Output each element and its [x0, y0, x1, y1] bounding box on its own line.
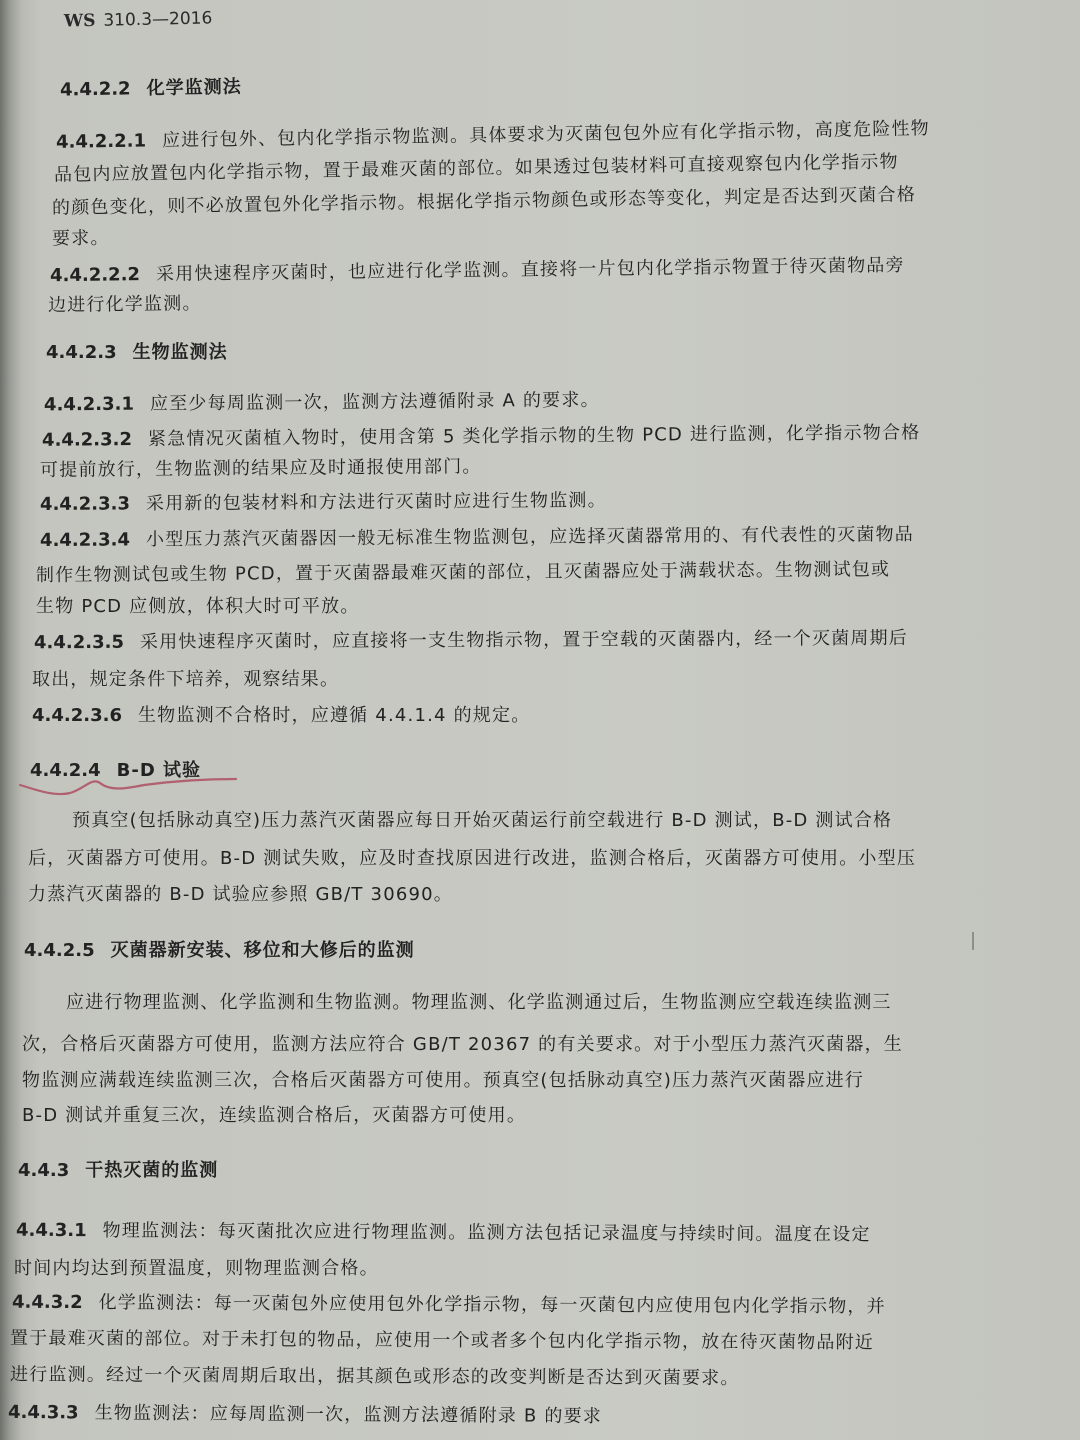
paragraph-4-4-2-3-3: 4.4.2.3.3采用新的包装材料和方法进行灭菌时应进行生物监测。	[40, 490, 607, 516]
paragraph-4-4-2-3-6: 4.4.2.3.6生物监测不合格时，应遵循 4.4.1.4 的规定。	[32, 705, 530, 727]
paragraph-4-4-2-3-2-line2: 可提前放行，生物监测的结果应及时通报使用部门。	[40, 456, 482, 482]
paragraph-4-4-2-5-line3: 物监测应满载连续监测三次，合格后灭菌器方可使用。预真空(包括脉动真空)压力蒸汽灭…	[22, 1070, 864, 1092]
paragraph-4-4-2-3-2-line1: 4.4.2.3.2紧急情况灭菌植入物时，使用含第 5 类化学指示物的生物 PCD…	[42, 422, 921, 452]
paragraph-4-4-2-2-2-line2: 边进行化学监测。	[48, 293, 202, 317]
paragraph-4-4-3-2-line1: 4.4.3.2化学监测法：每一灭菌包外应使用包外化学指示物，每一灭菌包内应使用包…	[12, 1292, 886, 1319]
section-heading-4-4-3: 4.4.3干热灭菌的监测	[18, 1160, 218, 1182]
paragraph-4-4-3-2-line3: 进行监测。经过一个灭菌周期后取出，据其颜色或形态的改变判断是否达到灭菌要求。	[10, 1364, 740, 1390]
paragraph-4-4-2-5-line1: 应进行物理监测、化学监测和生物监测。物理监测、化学监测通过后，生物监测应空载连续…	[66, 992, 892, 1014]
page-mark	[972, 932, 974, 950]
paragraph-4-4-2-2-1-line4: 要求。	[52, 228, 110, 251]
standard-prefix: WS	[64, 11, 96, 32]
standard-number: 310.3—2016	[103, 8, 212, 30]
paragraph-4-4-2-5-line4: B-D 测试并重复三次，连续监测合格后，灭菌器方可使用。	[22, 1105, 526, 1127]
paragraph-4-4-3-2-line2: 置于最难灭菌的部位。对于未打包的物品，应使用一个或者多个包内化学指示物，放在待灭…	[10, 1328, 874, 1355]
paragraph-4-4-3-3-line1: 4.4.3.3生物监测法：应每周监测一次，监测方法遵循附录 B 的要求	[8, 1402, 602, 1428]
section-heading-4-4-2-2: 4.4.2.2化学监测法	[60, 76, 242, 101]
paragraph-4-4-2-3-4-line3: 生物 PCD 应侧放，体积大时可平放。	[36, 596, 360, 618]
paragraph-4-4-2-3-5-line1: 4.4.2.3.5采用快速程序灭菌时，应直接将一支生物指示物，置于空载的灭菌器内…	[34, 628, 908, 655]
paragraph-4-4-2-2-2-line1: 4.4.2.2.2采用快速程序灭菌时，也应进行化学监测。直接将一片包内化学指示物…	[50, 255, 905, 287]
paragraph-4-4-2-2-1-line2: 品包内应放置包内化学指示物，置于最难灭菌的部位。如果透过包装材料可直接观察包内化…	[54, 151, 899, 186]
standard-code-header: WS310.3—2016	[64, 8, 213, 31]
paragraph-4-4-2-4-line2: 后，灭菌器方可使用。B-D 测试失败，应及时查找原因进行改进，监测合格后，灭菌器…	[28, 848, 916, 870]
paragraph-4-4-2-2-1-line1: 4.4.2.2.1应进行包外、包内化学指示物监测。具体要求为灭菌包包外应有化学指…	[56, 118, 930, 154]
paragraph-4-4-2-4-line3: 力蒸汽灭菌器的 B-D 试验应参照 GB/T 30690。	[28, 884, 453, 906]
paragraph-4-4-2-3-4-line2: 制作生物测试包或生物 PCD，置于灭菌器最难灭菌的部位，且灭菌器应处于满载状态。…	[36, 559, 890, 587]
paragraph-4-4-2-3-5-line2: 取出，规定条件下培养，观察结果。	[32, 669, 339, 691]
paragraph-4-4-2-3-4-line1: 4.4.2.3.4小型压力蒸汽灭菌器因一般无标准生物监测包，应选择灭菌器常用的、…	[40, 524, 914, 552]
paragraph-4-4-2-3-1: 4.4.2.3.1应至少每周监测一次，监测方法遵循附录 A 的要求。	[44, 390, 600, 417]
paragraph-4-4-3-1-line1: 4.4.3.1物理监测法：每灭菌批次应进行物理监测。监测方法包括记录温度与持续时…	[16, 1220, 871, 1246]
paragraph-4-4-3-1-line2: 时间内均达到预置温度，则物理监测合格。	[14, 1258, 379, 1280]
paragraph-4-4-2-4-line1: 预真空(包括脉动真空)压力蒸汽灭菌器应每日开始灭菌运行前空载进行 B-D 测试，…	[72, 810, 892, 832]
section-heading-4-4-2-5: 4.4.2.5灭菌器新安装、移位和大修后的监测	[24, 940, 415, 962]
paragraph-4-4-2-5-line2: 次，合格后灭菌器方可使用，监测方法应符合 GB/T 20367 的有关要求。对于…	[22, 1034, 903, 1056]
paragraph-4-4-2-2-1-line3: 的颜色变化，则不必放置包外化学指示物。根据化学指示物颜色或形态等变化，判定是否达…	[52, 184, 916, 220]
section-heading-4-4-2-3: 4.4.2.3生物监测法	[46, 342, 228, 364]
handwritten-wavy-underline	[14, 775, 244, 803]
document-page: WS310.3—2016 4.4.2.2化学监测法 4.4.2.2.1应进行包外…	[0, 0, 1080, 1440]
